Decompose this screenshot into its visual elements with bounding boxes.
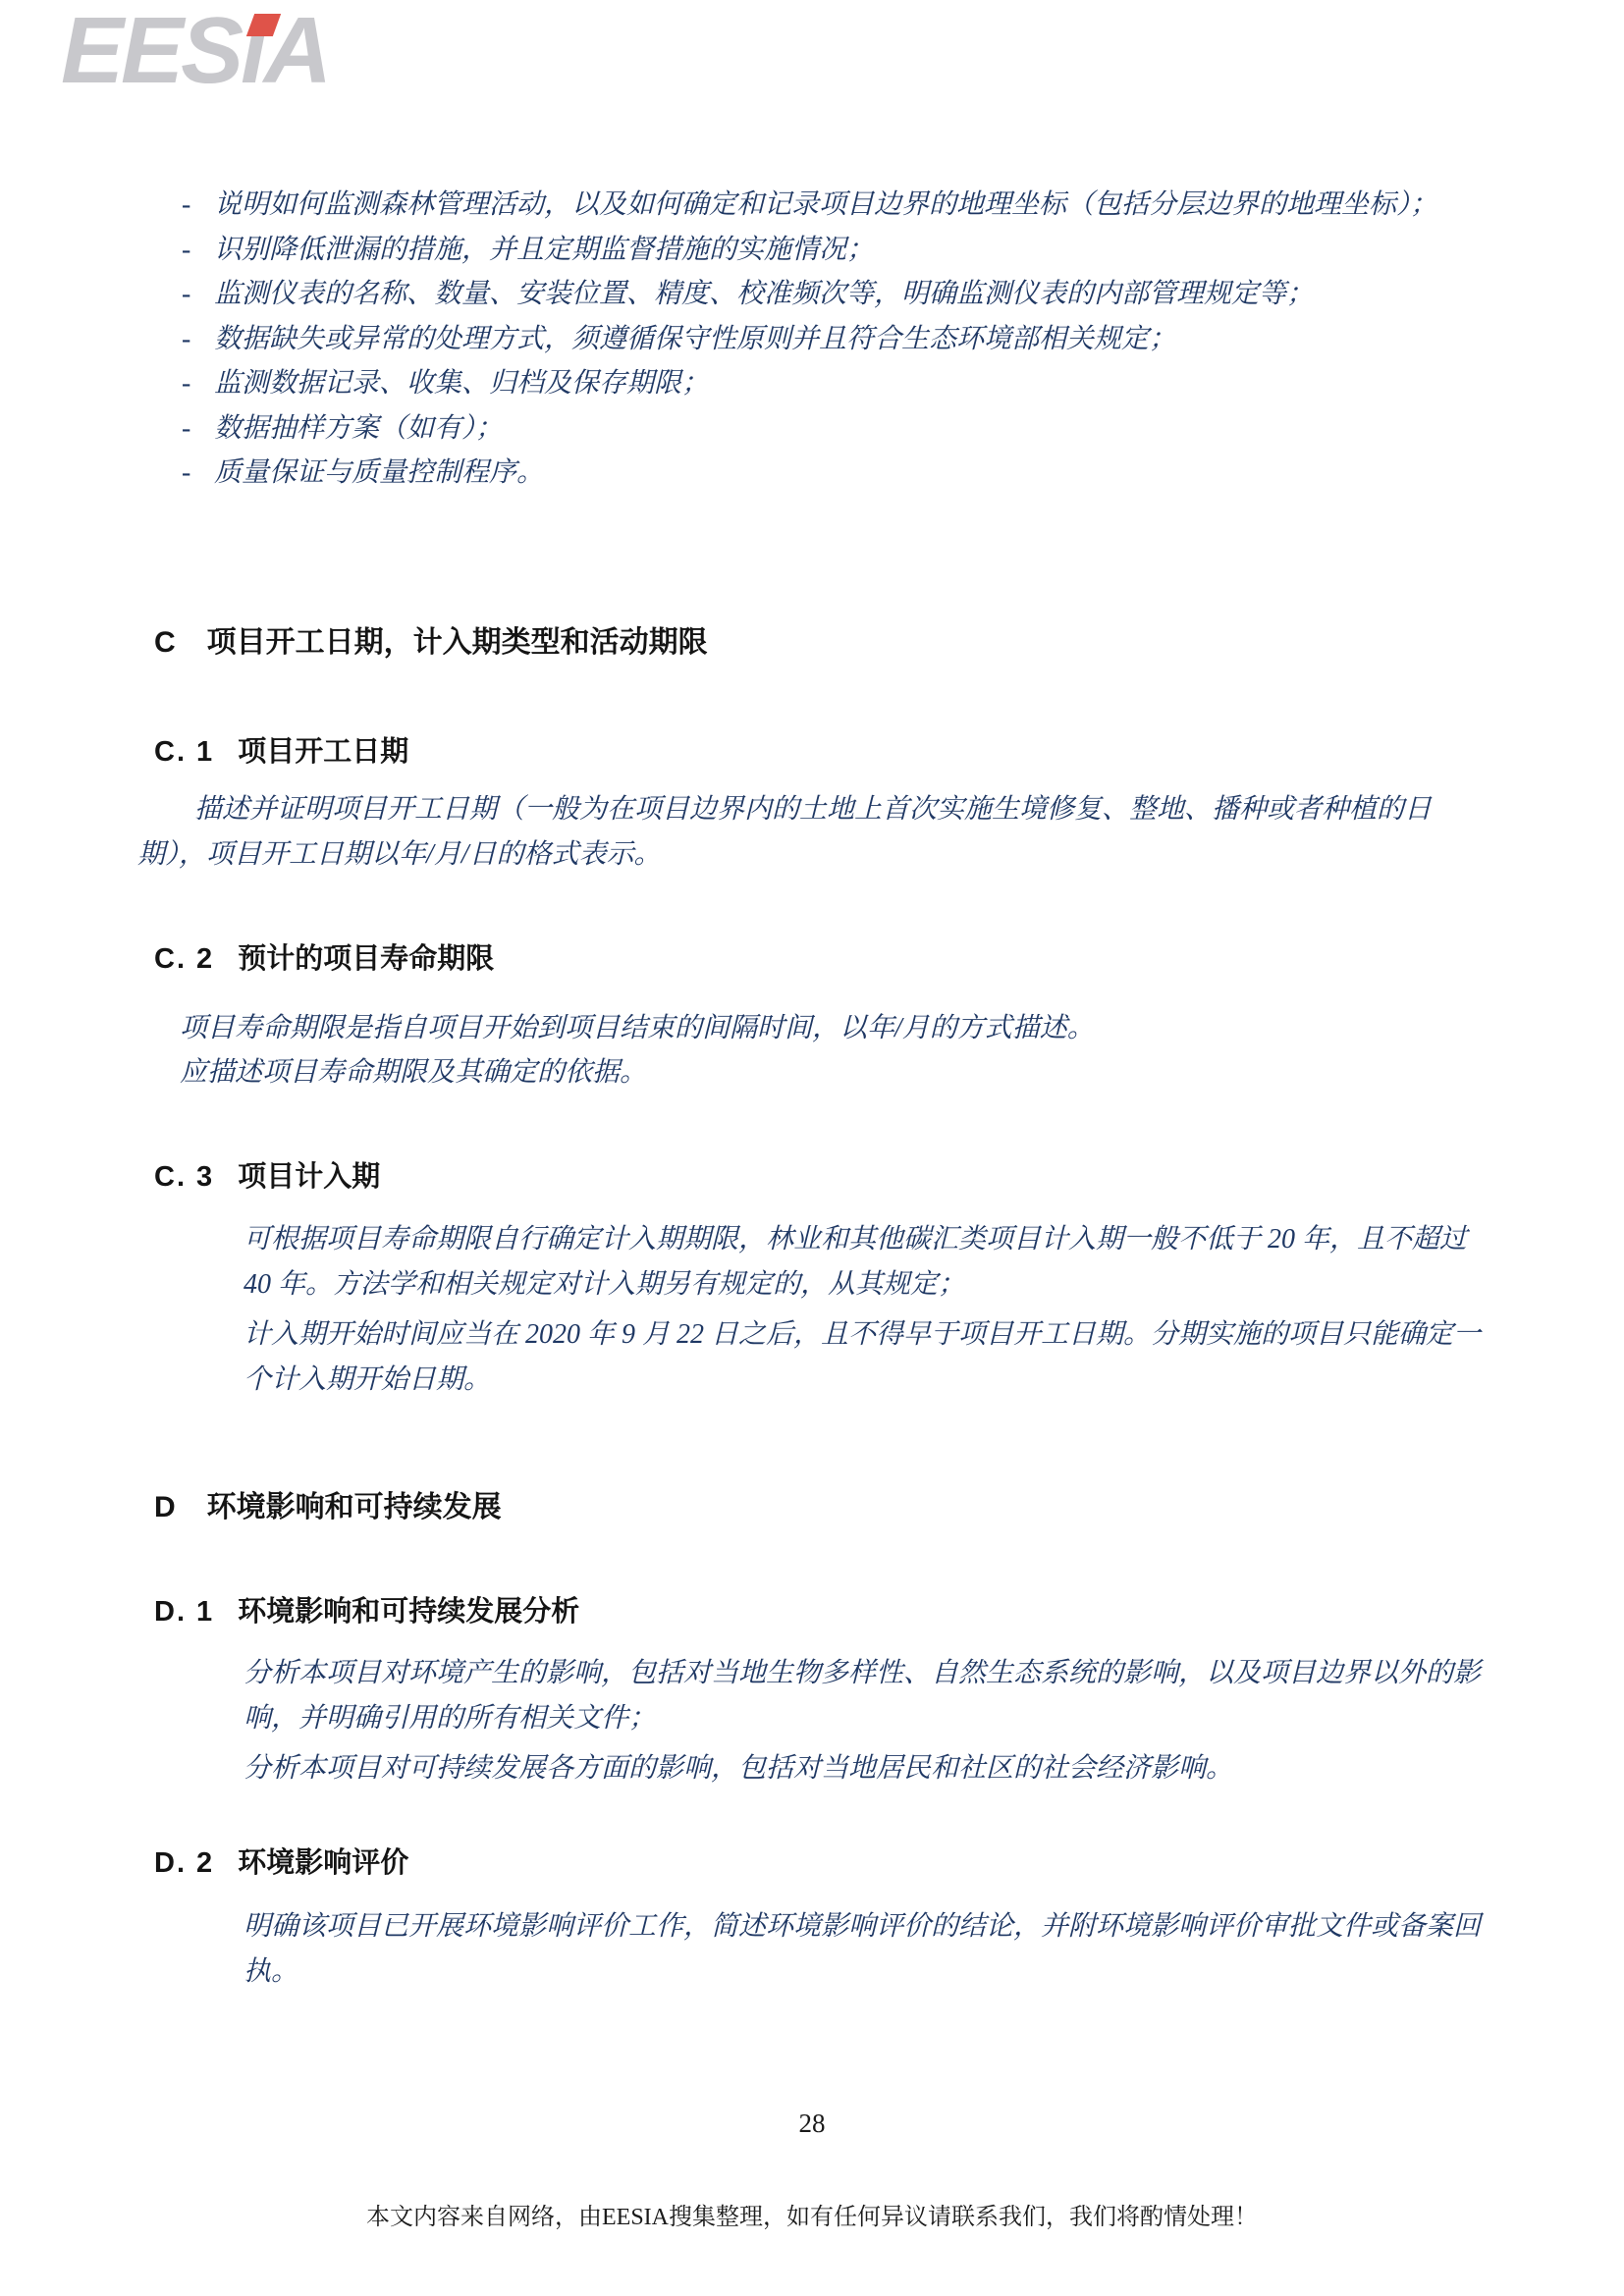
section-heading-d1: D. 1 环境影响和可持续发展分析	[154, 1593, 579, 1630]
list-item-text: 监测仪表的名称、数量、安装位置、精度、校准频次等，明确监测仪表的内部管理规定等；	[214, 272, 1488, 317]
section-title: 环境影响和可持续发展	[207, 1489, 502, 1526]
bullet-list-d2: 明确该项目已开展环境影响评价工作，简述环境影响评价的结论，并附环境影响评价审批文…	[196, 1904, 1489, 2000]
list-item: - 数据缺失或异常的处理方式，须遵循保守性原则并且符合生态环境部相关规定；	[182, 317, 1488, 362]
section-heading-c2: C. 2 预计的项目寿命期限	[154, 940, 494, 978]
dash-marker: -	[182, 361, 214, 406]
bullet-text: 可根据项目寿命期限自行确定计入期期限，林业和其他碳汇类项目计入期一般不低于 20…	[244, 1217, 1489, 1307]
bullet-item: 可根据项目寿命期限自行确定计入期期限，林业和其他碳汇类项目计入期一般不低于 20…	[196, 1217, 1489, 1307]
section-heading-d2: D. 2 环境影响评价	[154, 1844, 408, 1882]
dash-marker: -	[182, 183, 214, 228]
section-title: 预计的项目寿命期限	[238, 940, 494, 978]
paragraph-c2-line2: 应描述项目寿命期限及其确定的依据。	[180, 1050, 1489, 1095]
list-item-text: 数据抽样方案（如有）；	[214, 406, 1488, 452]
section-number: C. 3	[154, 1158, 214, 1196]
bullet-text: 明确该项目已开展环境影响评价工作，简述环境影响评价的结论，并附环境影响评价审批文…	[244, 1904, 1489, 1994]
bullet-list-d1: 分析本项目对环境产生的影响，包括对当地生物多样性、自然生态系统的影响，以及项目边…	[196, 1651, 1489, 1797]
list-item-text: 质量保证与质量控制程序。	[214, 451, 1488, 496]
list-item: - 监测仪表的名称、数量、安装位置、精度、校准频次等，明确监测仪表的内部管理规定…	[182, 272, 1488, 317]
list-item-text: 数据缺失或异常的处理方式，须遵循保守性原则并且符合生态环境部相关规定；	[214, 317, 1488, 362]
dash-marker: -	[182, 228, 214, 273]
section-heading-c1: C. 1 项目开工日期	[154, 733, 408, 771]
list-item-text: 说明如何监测森林管理活动，以及如何确定和记录项目边界的地理坐标（包括分层边界的地…	[214, 183, 1488, 228]
section-title: 环境影响和可持续发展分析	[238, 1593, 579, 1630]
bullet-text: 分析本项目对环境产生的影响，包括对当地生物多样性、自然生态系统的影响，以及项目边…	[244, 1651, 1489, 1740]
bullet-text: 分析本项目对可持续发展各方面的影响，包括对当地居民和社区的社会经济影响。	[244, 1746, 1489, 1791]
list-item-text: 识别降低泄漏的措施，并且定期监督措施的实施情况；	[214, 228, 1488, 273]
bullet-item: 分析本项目对环境产生的影响，包括对当地生物多样性、自然生态系统的影响，以及项目边…	[196, 1651, 1489, 1740]
dash-marker: -	[182, 406, 214, 452]
list-item: - 质量保证与质量控制程序。	[182, 451, 1488, 496]
section-number: D. 1	[154, 1593, 214, 1630]
logo-text-pre: EES	[61, 0, 241, 103]
monitoring-dash-list: - 说明如何监测森林管理活动，以及如何确定和记录项目边界的地理坐标（包括分层边界…	[182, 183, 1488, 496]
bullet-dot-col	[196, 1217, 244, 1307]
section-title: 项目开工日期	[238, 733, 408, 771]
list-item: - 监测数据记录、收集、归档及保存期限；	[182, 361, 1488, 406]
list-item: - 识别降低泄漏的措施，并且定期监督措施的实施情况；	[182, 228, 1488, 273]
section-number: C. 2	[154, 940, 214, 978]
section-number: D. 2	[154, 1844, 214, 1882]
dash-marker: -	[182, 272, 214, 317]
paragraph-c2-line1: 项目寿命期限是指自项目开始到项目结束的间隔时间，以年/月的方式描述。	[180, 1006, 1489, 1051]
section-number: D	[154, 1489, 178, 1526]
bullet-item: 分析本项目对可持续发展各方面的影响，包括对当地居民和社区的社会经济影响。	[196, 1746, 1489, 1791]
bullet-dot-col	[196, 1312, 244, 1402]
list-item: - 说明如何监测森林管理活动，以及如何确定和记录项目边界的地理坐标（包括分层边界…	[182, 183, 1488, 228]
document-page: EESıA - 说明如何监测森林管理活动，以及如何确定和记录项目边界的地理坐标（…	[0, 0, 1624, 2296]
bullet-text: 计入期开始时间应当在 2020 年 9 月 22 日之后，且不得早于项目开工日期…	[244, 1312, 1489, 1402]
eesia-logo: EESıA	[61, 4, 329, 98]
dash-marker: -	[182, 317, 214, 362]
list-item: - 数据抽样方案（如有）；	[182, 406, 1488, 452]
bullet-dot-col	[196, 1904, 244, 1994]
section-title: 项目计入期	[238, 1158, 380, 1196]
page-number: 28	[0, 2109, 1624, 2139]
section-title: 环境影响评价	[238, 1844, 408, 1882]
dash-marker: -	[182, 451, 214, 496]
footer-note: 本文内容来自网络，由EESIA搜集整理，如有任何异议请联系我们，我们将酌情处理！	[0, 2197, 1624, 2231]
list-item-text: 监测数据记录、收集、归档及保存期限；	[214, 361, 1488, 406]
logo-letter-i: ı	[241, 4, 264, 98]
paragraph-c1: 描述并证明项目开工日期（一般为在项目边界内的土地上首次实施生境修复、整地、播种或…	[137, 787, 1489, 877]
section-heading-c: C 项目开工日期，计入期类型和活动期限	[154, 624, 708, 662]
section-heading-c3: C. 3 项目计入期	[154, 1158, 380, 1196]
bullet-item: 明确该项目已开展环境影响评价工作，简述环境影响评价的结论，并附环境影响评价审批文…	[196, 1904, 1489, 1994]
section-title: 项目开工日期，计入期类型和活动期限	[207, 624, 708, 662]
section-heading-d: D 环境影响和可持续发展	[154, 1489, 502, 1526]
bullet-dot-col	[196, 1651, 244, 1740]
bullet-dot-col	[196, 1746, 244, 1791]
section-number: C	[154, 624, 178, 662]
bullet-item: 计入期开始时间应当在 2020 年 9 月 22 日之后，且不得早于项目开工日期…	[196, 1312, 1489, 1402]
section-number: C. 1	[154, 733, 214, 771]
bullet-list-c3: 可根据项目寿命期限自行确定计入期期限，林业和其他碳汇类项目计入期一般不低于 20…	[196, 1217, 1489, 1408]
